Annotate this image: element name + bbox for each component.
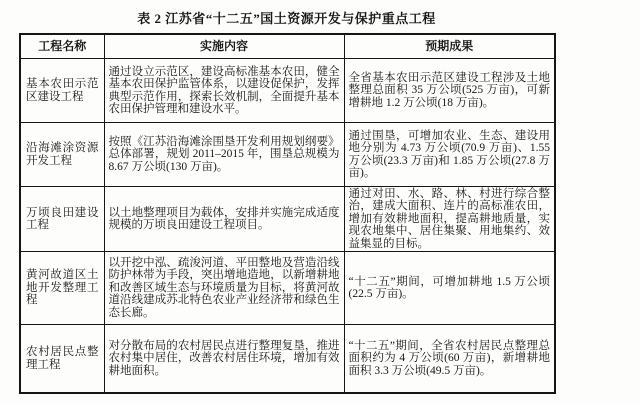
cell-implementation: 通过设立示范区，建设高标准基本农田，健全基本农田保护监管体系，以建设促保护，发挥…	[104, 59, 344, 123]
document-page: 表 2 江苏省“十二五”国土资源开发与保护重点工程 工程名称 实施内容 预期成果…	[0, 0, 640, 403]
cell-outcome: “十二五”期间，可增加耕地 1.5 万公顷(22.5 万亩)。	[344, 252, 555, 325]
projects-table: 工程名称 实施内容 预期成果 基本农田示范区建设工程 通过设立示范区，建设高标准…	[19, 33, 556, 394]
table-row-wanqing-fertile-land: 万顷良田建设工程 以土地整理项目为载体，安排并实施完成适度规模的万顷良田建设工程…	[20, 187, 555, 252]
cell-project-name: 黄河故道区土地开发整理工程	[20, 252, 104, 325]
table-row-basic-farmland: 基本农田示范区建设工程 通过设立示范区，建设高标准基本农田，健全基本农田保护监管…	[20, 59, 555, 123]
cell-implementation: 对分散布局的农村居民点进行整理复垦，推进农村集中居住，改善农村居住环境，增加有效…	[104, 325, 344, 394]
cell-outcome: “十二五”期间，全省农村居民点整理总面积约为 4 万公顷(60 万亩)，新增耕地…	[344, 325, 555, 394]
table-row-rural-settlement: 农村居民点整理工程 对分散布局的农村居民点进行整理复垦，推进农村集中居住，改善农…	[20, 325, 555, 394]
header-row: 工程名称 实施内容 预期成果	[20, 34, 555, 59]
cell-implementation: 以土地整理项目为载体，安排并实施完成适度规模的万顷良田建设工程项目。	[104, 187, 344, 252]
header-expected-outcome: 预期成果	[344, 34, 555, 59]
cell-project-name: 万顷良田建设工程	[20, 187, 104, 252]
cell-implementation: 以开挖中泓、疏浚河道、平田整地及营造沿线防护林带为手段，突出增地造地，以新增耕地…	[104, 252, 344, 325]
header-implementation: 实施内容	[104, 34, 344, 59]
cell-outcome: 全省基本农田示范区建设工程涉及土地整理总面积 35 万公顷(525 万亩)，可新…	[344, 59, 555, 123]
table-row-coastal-tidal-flat: 沿海滩涂资源开发工程 按照《江苏沿海滩涂围垦开发利用规划纲要》总体部署，规划 2…	[20, 123, 555, 187]
header-project-name: 工程名称	[20, 34, 104, 59]
table-caption: 表 2 江苏省“十二五”国土资源开发与保护重点工程	[19, 8, 554, 27]
cell-project-name: 沿海滩涂资源开发工程	[20, 123, 104, 187]
cell-outcome: 通过对田、水、路、林、村进行综合整治，建成大面积、连片的高标准农田，增加有效耕地…	[344, 187, 555, 252]
cell-project-name: 基本农田示范区建设工程	[20, 59, 104, 123]
cell-outcome: 通过围垦，可增加农业、生态、建设用地分别为 4.73 万公顷(70.9 万亩)、…	[344, 123, 555, 187]
cell-project-name: 农村居民点整理工程	[20, 325, 104, 394]
cell-implementation: 按照《江苏沿海滩涂围垦开发利用规划纲要》总体部署，规划 2011–2015 年，…	[104, 123, 344, 187]
table-row-yellow-river-old-course: 黄河故道区土地开发整理工程 以开挖中泓、疏浚河道、平田整地及营造沿线防护林带为手…	[20, 252, 555, 325]
